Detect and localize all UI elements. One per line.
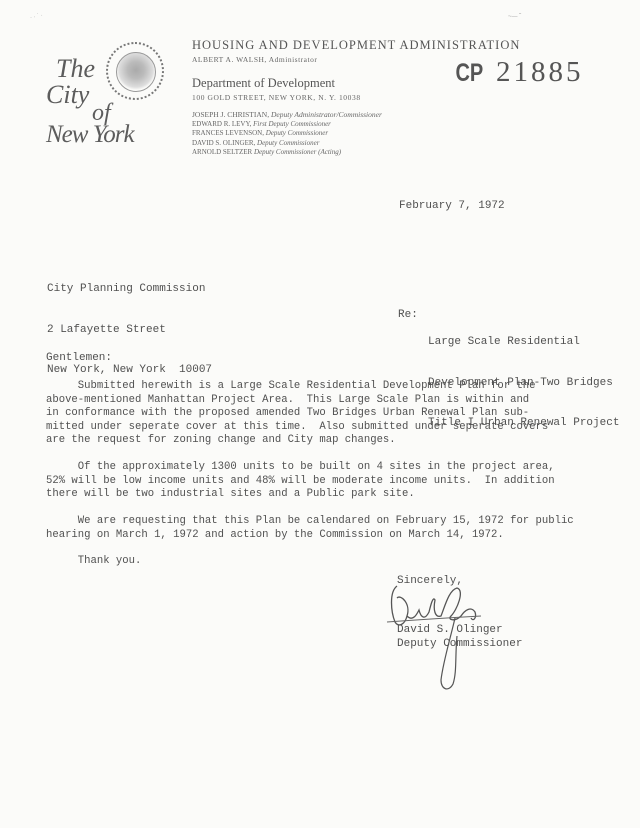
staff-name: DAVID S. OLINGER, (192, 139, 255, 147)
staff-name: ARNOLD SELTZER (192, 148, 252, 156)
staff-row: FRANCES LEVENSON, Deputy Commissioner (192, 129, 382, 139)
recipient-address: City Planning Commission 2 Lafayette Str… (47, 256, 212, 391)
salutation: Gentlemen: (46, 352, 112, 366)
staff-row: DAVID S. OLINGER, Deputy Commissioner (192, 139, 382, 149)
staff-title: Deputy Commissioner (257, 139, 319, 147)
agency-name: HOUSING AND DEVELOPMENT ADMINISTRATION (192, 38, 520, 53)
stamp-number: 21885 (496, 56, 584, 88)
signer-name: David S. Olinger (397, 624, 503, 638)
logo-word-city: City (46, 84, 89, 106)
letter-date: February 7, 1972 (399, 200, 505, 214)
department-name: Department of Development (192, 76, 335, 91)
stray-pen-marks: · · ˙ · (30, 13, 44, 22)
recipient-line: 2 Lafayette Street (47, 324, 212, 338)
stamp-prefix: CP (455, 59, 483, 88)
staff-name: EDWARD R. LEVY, (192, 120, 251, 128)
recipient-line: City Planning Commission (47, 283, 212, 297)
staff-name: FRANCES LEVENSON, (192, 129, 264, 137)
recipient-line: New York, New York 10007 (47, 364, 212, 378)
staff-title: Deputy Commissioner (266, 129, 328, 137)
body-paragraph: Submitted herewith is a Large Scale Resi… (46, 380, 548, 448)
city-logo: The City of New York (40, 36, 190, 156)
staff-title: First Deputy Commissioner (253, 120, 331, 128)
staff-title: Deputy Administrator/Commissioner (271, 110, 382, 119)
staff-row: EDWARD R. LEVY, First Deputy Commissione… (192, 120, 382, 130)
staff-list: JOSEPH J. CHRISTIAN, Deputy Administrato… (192, 110, 382, 158)
signer-title: Deputy Commissioner (397, 638, 522, 652)
body-paragraph: We are requesting that this Plan be cale… (46, 515, 574, 542)
body-paragraph: Thank you. (46, 555, 141, 569)
stray-pen-marks: ~— ˜ (508, 14, 521, 20)
logo-word-the: The (56, 58, 95, 80)
staff-row: ARNOLD SELTZER Deputy Commissioner (Acti… (192, 148, 382, 158)
administrator: ALBERT A. WALSH, Administrator (192, 55, 317, 64)
staff-row: JOSEPH J. CHRISTIAN, Deputy Administrato… (192, 110, 382, 120)
department-address: 100 GOLD STREET, NEW YORK, N. Y. 10038 (192, 93, 361, 102)
re-line: Large Scale Residential (428, 336, 619, 350)
staff-name: JOSEPH J. CHRISTIAN, (192, 110, 269, 119)
city-seal-icon (106, 42, 164, 100)
body-paragraph: Of the approximately 1300 units to be bu… (46, 461, 555, 502)
logo-word-new-york: New York (46, 124, 134, 146)
staff-title: Deputy Commissioner (Acting) (254, 148, 341, 156)
file-stamp: CP 21885 (452, 56, 583, 89)
re-label: Re: (398, 309, 418, 323)
